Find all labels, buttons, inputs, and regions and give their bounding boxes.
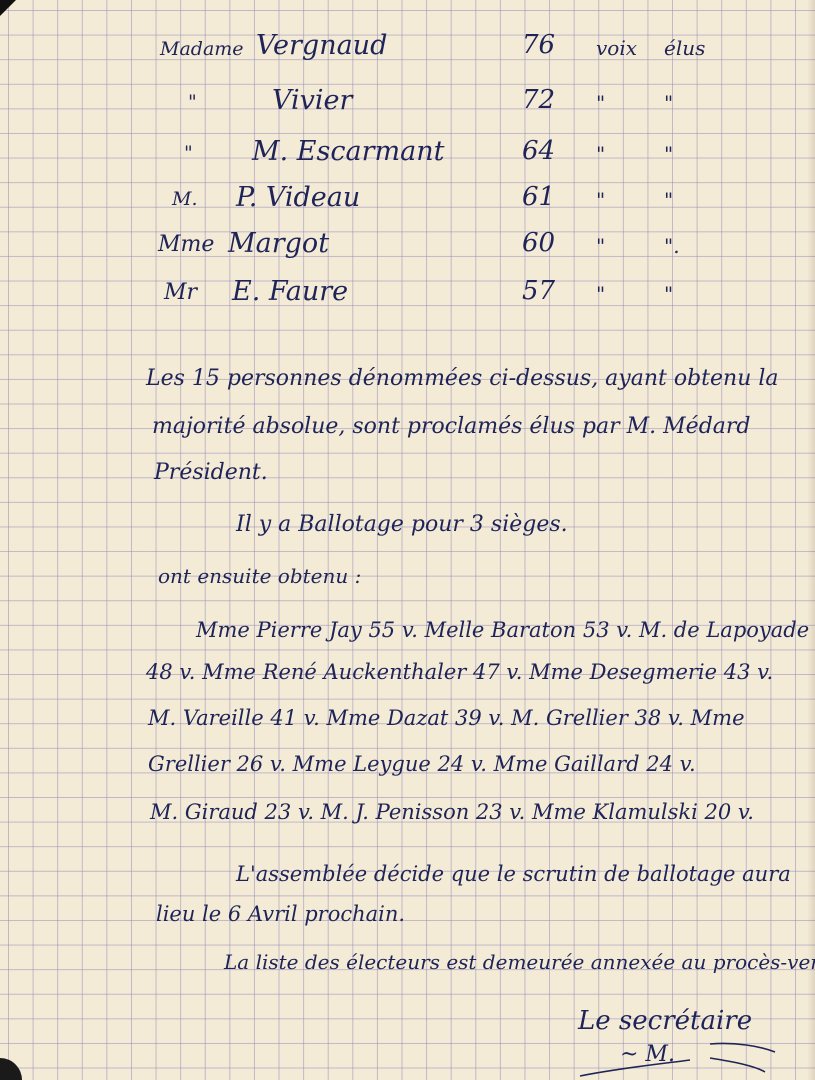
elected-status: " — [664, 282, 673, 306]
then-obtained-label: ont ensuite obtenu : — [158, 564, 361, 588]
elected-status: élus — [664, 36, 705, 60]
elected-unit: " — [596, 282, 605, 306]
elected-unit: voix — [596, 36, 637, 60]
runoff-line: Grellier 26 v. Mme Leygue 24 v. Mme Gail… — [148, 752, 696, 776]
text-line: Les 15 personnes dénommées ci-dessus, ay… — [146, 366, 779, 391]
signature-flourish-icon — [560, 1020, 800, 1080]
elected-row: Mme Margot 60 " ". — [0, 228, 815, 268]
runoff-line: M. Giraud 23 v. M. J. Penisson 23 v. Mme… — [150, 800, 754, 824]
runoff-line: M. Vareille 41 v. Mme Dazat 39 v. M. Gre… — [148, 706, 745, 730]
elected-name: Vergnaud — [256, 30, 387, 61]
elected-name: Vivier — [272, 85, 352, 116]
elected-status: " — [664, 188, 673, 212]
elected-title: Mme — [158, 232, 214, 257]
elected-name: E. Faure — [232, 276, 348, 307]
elected-name: P. Videau — [236, 182, 360, 213]
electors-list-note: La liste des électeurs est demeurée anne… — [224, 950, 815, 974]
elected-title: Mr — [164, 280, 197, 305]
text-line: Président. — [154, 460, 268, 485]
elected-votes: 60 — [522, 228, 555, 258]
runoff-line: 48 v. Mme René Auckenthaler 47 v. Mme De… — [146, 660, 773, 684]
elected-name: M. Escarmant — [252, 136, 444, 167]
text-line: L'assemblée décide que le scrutin de bal… — [236, 862, 791, 886]
page-corner-shadow — [0, 1058, 22, 1080]
elected-votes: 61 — [522, 182, 555, 212]
page-corner-shadow — [0, 0, 16, 16]
elected-row: " Vivier 72 " " — [0, 85, 815, 125]
elected-title: M. — [172, 188, 198, 210]
elected-votes: 76 — [522, 30, 555, 60]
elected-name: Margot — [228, 228, 329, 259]
elected-votes: 57 — [522, 276, 555, 306]
elected-row: Madame Vergnaud 76 voix élus — [0, 30, 815, 70]
notebook-page: Madame Vergnaud 76 voix élus " Vivier 72… — [0, 0, 815, 1080]
elected-votes: 72 — [522, 85, 555, 115]
elected-unit: " — [596, 91, 605, 115]
elected-unit: " — [596, 234, 605, 258]
elected-row: " M. Escarmant 64 " " — [0, 136, 815, 176]
elected-status: " — [664, 142, 673, 166]
elected-status: ". — [664, 234, 680, 258]
elected-title: Madame — [160, 38, 244, 60]
elected-title: " — [188, 91, 197, 113]
elected-title: " — [184, 142, 193, 164]
elected-votes: 64 — [522, 136, 555, 166]
elected-row: M. P. Videau 61 " " — [0, 182, 815, 222]
text-line: majorité absolue, sont proclamés élus pa… — [152, 414, 751, 439]
ballotage-notice: Il y a Ballotage pour 3 sièges. — [236, 512, 568, 537]
elected-unit: " — [596, 188, 605, 212]
elected-row: Mr E. Faure 57 " " — [0, 276, 815, 316]
elected-unit: " — [596, 142, 605, 166]
elected-status: " — [664, 91, 673, 115]
runoff-line: Mme Pierre Jay 55 v. Melle Baraton 53 v.… — [196, 618, 809, 642]
text-line: lieu le 6 Avril prochain. — [156, 902, 405, 926]
